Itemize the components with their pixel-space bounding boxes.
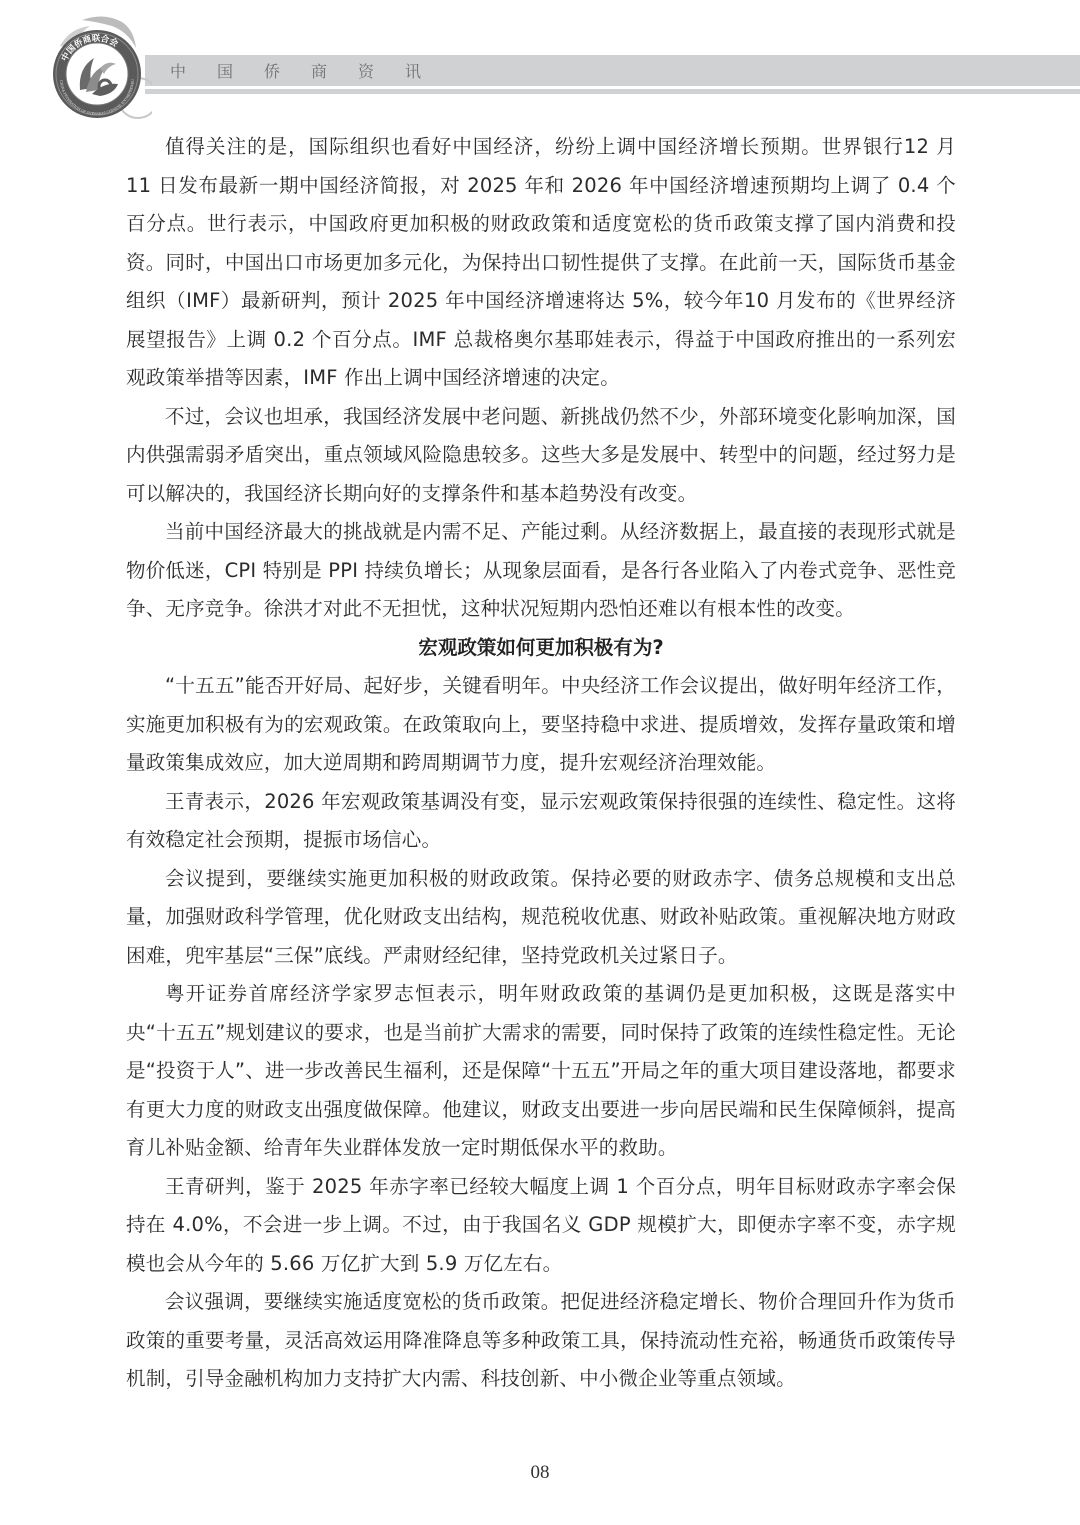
article-body: 值得关注的是，国际组织也看好中国经济，纷纷上调中国经济增长预期。世界银行12 月…	[126, 128, 956, 1399]
organization-logo: 中国侨商联合会 CHINA FEDERATION OF OVERSEAS CHI…	[42, 8, 152, 120]
paragraph-fiscal-policy: 会议提到，要继续实施更加积极的财政政策。保持必要的财政赤字、债务总规模和支出总量…	[126, 860, 956, 976]
paragraph-deficit-ratio: 王青研判，鉴于 2025 年赤字率已经较大幅度上调 1 个百分点，明年目标财政赤…	[126, 1168, 956, 1284]
header-rule	[145, 89, 1080, 94]
paragraph-luo-zhiheng: 粤开证券首席经济学家罗志恒表示，明年财政政策的基调仍是更加积极，这既是落实中央“…	[126, 975, 956, 1168]
paragraph-wang-qing-tone: 王青表示，2026 年宏观政策基调没有变，显示宏观政策保持很强的连续性、稳定性。…	[126, 783, 956, 860]
section-heading: 宏观政策如何更加积极有为?	[126, 629, 956, 668]
paragraph-monetary-policy: 会议强调，要继续实施适度宽松的货币政策。把促进经济稳定增长、物价合理回升作为货币…	[126, 1283, 956, 1399]
publication-title: 中国侨商资讯	[170, 58, 452, 86]
paragraph-challenges: 不过，会议也坦承，我国经济发展中老问题、新挑战仍然不少，外部环境变化影响加深，国…	[126, 398, 956, 514]
paragraph-15th-five-year: “十五五”能否开好局、起好步，关键看明年。中央经济工作会议提出，做好明年经济工作…	[126, 667, 956, 783]
logo-emblem-icon: 中国侨商联合会 CHINA FEDERATION OF OVERSEAS CHI…	[42, 8, 152, 120]
paragraph-domestic-demand: 当前中国经济最大的挑战就是内需不足、产能过剩。从经济数据上，最直接的表现形式就是…	[126, 513, 956, 629]
page-number: 08	[0, 1462, 1080, 1484]
paragraph-intl-forecasts: 值得关注的是，国际组织也看好中国经济，纷纷上调中国经济增长预期。世界银行12 月…	[126, 128, 956, 398]
